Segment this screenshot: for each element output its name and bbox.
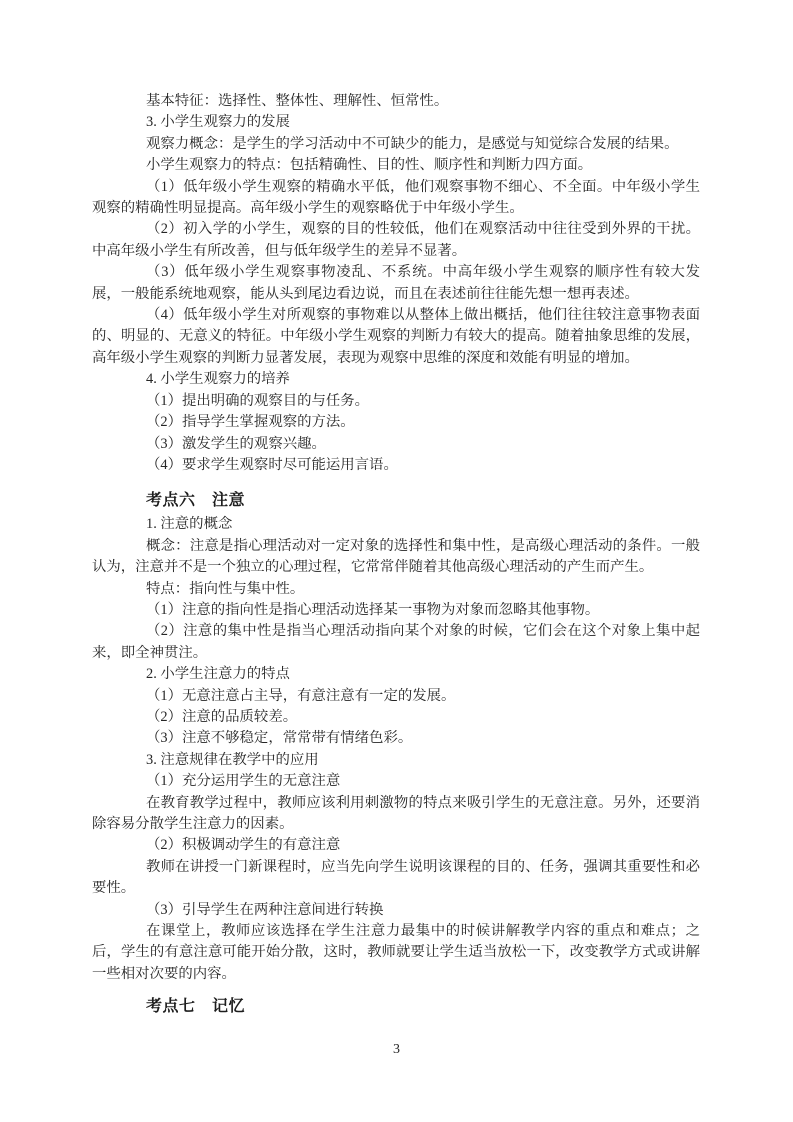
paragraph: （2）积极调动学生的有意注意	[92, 835, 700, 856]
paragraph: 概念：注意是指心理活动对一定对象的选择性和集中性，是高级心理活动的条件。一般认为…	[92, 536, 700, 579]
paragraph: （1）低年级小学生观察的精确水平低，他们观察事物不细心、不全面。中年级小学生观察…	[92, 177, 700, 220]
paragraph: （3）低年级小学生观察事物凌乱、不系统。中高年级小学生观察的顺序性有较大发展，一…	[92, 262, 700, 305]
paragraph: （2）注意的集中性是指当心理活动指向某个对象的时候，它们会在这个对象上集中起来，…	[92, 621, 700, 664]
page-number: 3	[0, 1041, 793, 1059]
paragraph: （2）指导学生掌握观察的方法。	[92, 412, 700, 433]
paragraph: 基本特征：选择性、整体性、理解性、恒常性。	[92, 91, 700, 112]
heading-kaodian-seven-memory: 考点七 记忆	[92, 995, 700, 1018]
paragraph: （2）注意的品质较差。	[92, 707, 700, 728]
paragraph: （4）要求学生观察时尽可能运用言语。	[92, 455, 700, 476]
paragraph: （1）无意注意占主导，有意注意有一定的发展。	[92, 686, 700, 707]
paragraph: 在教育教学过程中，教师应该利用刺激物的特点来吸引学生的无意注意。另外，还要消除容…	[92, 793, 700, 836]
paragraph: （1）充分运用学生的无意注意	[92, 771, 700, 792]
paragraph: （1）提出明确的观察目的与任务。	[92, 391, 700, 412]
paragraph: 小学生观察力的特点：包括精确性、目的性、顺序性和判断力四方面。	[92, 155, 700, 176]
paragraph: （3）注意不够稳定，常常带有情绪色彩。	[92, 728, 700, 749]
paragraph: （4）低年级小学生对所观察的事物难以从整体上做出概括，他们往往较注意事物表面的、…	[92, 305, 700, 369]
paragraph: 1. 注意的概念	[92, 514, 700, 535]
paragraph: 教师在讲授一门新课程时，应当先向学生说明该课程的目的、任务，强调其重要性和必要性…	[92, 857, 700, 900]
paragraph: 特点：指向性与集中性。	[92, 579, 700, 600]
paragraph: 2. 小学生注意力的特点	[92, 664, 700, 685]
paragraph: 4. 小学生观察力的培养	[92, 369, 700, 390]
document-page: 基本特征：选择性、整体性、理解性、恒常性。 3. 小学生观察力的发展 观察力概念…	[0, 0, 793, 1122]
paragraph: （3）激发学生的观察兴趣。	[92, 434, 700, 455]
paragraph: 在课堂上，教师应该选择在学生注意力最集中的时候讲解教学内容的重点和难点；之后，学…	[92, 921, 700, 985]
paragraph: （3）引导学生在两种注意间进行转换	[92, 900, 700, 921]
paragraph: 3. 小学生观察力的发展	[92, 112, 700, 133]
paragraph: 观察力概念：是学生的学习活动中不可缺少的能力，是感觉与知觉综合发展的结果。	[92, 134, 700, 155]
paragraph: （2）初入学的小学生，观察的目的性较低，他们在观察活动中往往受到外界的干扰。中高…	[92, 219, 700, 262]
paragraph: 3. 注意规律在教学中的应用	[92, 750, 700, 771]
heading-kaodian-six-attention: 考点六 注意	[92, 489, 700, 512]
paragraph: （1）注意的指向性是指心理活动选择某一事物为对象而忽略其他事物。	[92, 600, 700, 621]
